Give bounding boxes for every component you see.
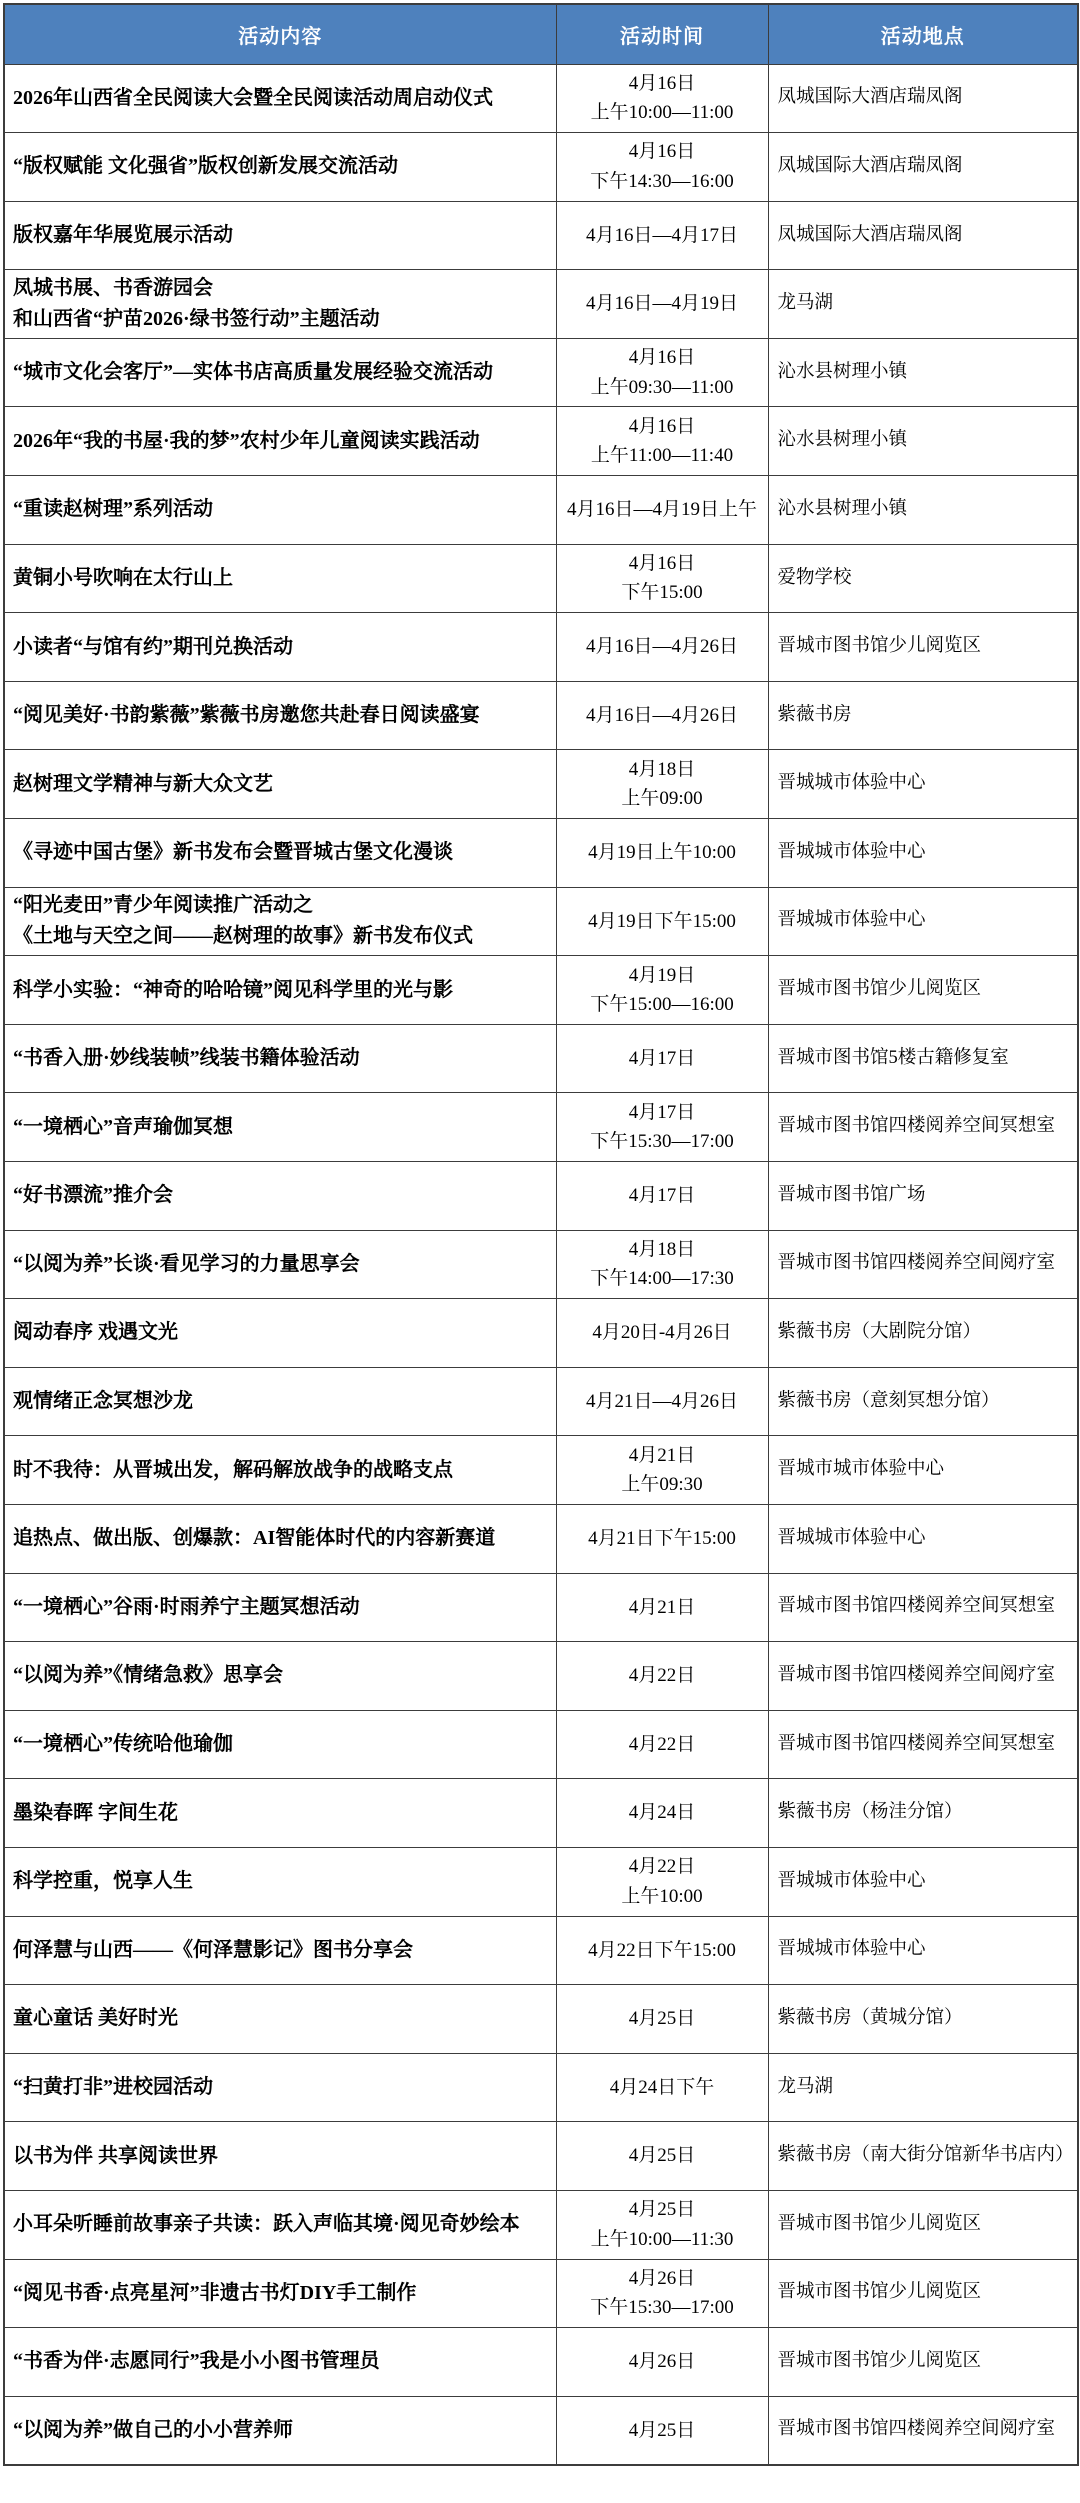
event-content-cell: “以阅为养”长谈·看见学习的力量思享会 xyxy=(4,1230,556,1299)
event-location-cell: 紫薇书房（杨洼分馆） xyxy=(768,1779,1078,1848)
event-time-cell: 4月25日 上午10:00—11:30 xyxy=(556,2190,768,2259)
event-time-cell: 4月16日—4月26日 xyxy=(556,613,768,682)
event-content-cell: 追热点、做出版、创爆款：AI智能体时代的内容新赛道 xyxy=(4,1504,556,1573)
header-row: 活动内容 活动时间 活动地点 xyxy=(4,4,1078,64)
event-content-cell: “以阅为养”《情绪急救》思享会 xyxy=(4,1642,556,1711)
event-location-cell: 凤城国际大酒店瑞凤阁 xyxy=(768,133,1078,202)
event-location-cell: 晋城市图书馆广场 xyxy=(768,1162,1078,1231)
event-time-cell: 4月18日 下午14:00—17:30 xyxy=(556,1230,768,1299)
event-location-cell: 晋城市图书馆少儿阅览区 xyxy=(768,956,1078,1025)
table-row: “书香入册·妙线装帧”线装书籍体验活动4月17日晋城市图书馆5楼古籍修复室 xyxy=(4,1024,1078,1093)
event-time-cell: 4月16日 下午14:30—16:00 xyxy=(556,133,768,202)
table-row: 2026年山西省全民阅读大会暨全民阅读活动周启动仪式4月16日 上午10:00—… xyxy=(4,64,1078,133)
event-location-cell: 晋城市图书馆少儿阅览区 xyxy=(768,613,1078,682)
table-row: “书香为伴·志愿同行”我是小小图书管理员4月26日晋城市图书馆少儿阅览区 xyxy=(4,2328,1078,2397)
table-row: “阅见美好·书韵紫薇”紫薇书房邀您共赴春日阅读盛宴4月16日—4月26日紫薇书房 xyxy=(4,681,1078,750)
event-time-cell: 4月16日—4月19日上午 xyxy=(556,476,768,545)
event-time-cell: 4月21日—4月26日 xyxy=(556,1367,768,1436)
event-location-cell: 紫薇书房（大剧院分馆） xyxy=(768,1299,1078,1368)
event-content-cell: 童心童话 美好时光 xyxy=(4,1985,556,2054)
event-content-cell: “阅见美好·书韵紫薇”紫薇书房邀您共赴春日阅读盛宴 xyxy=(4,681,556,750)
table-row: “扫黄打非”进校园活动4月24日下午龙马湖 xyxy=(4,2053,1078,2122)
event-time-cell: 4月25日 xyxy=(556,1985,768,2054)
event-content-cell: 以书为伴 共享阅读世界 xyxy=(4,2122,556,2191)
event-location-cell: 凤城国际大酒店瑞凤阁 xyxy=(768,64,1078,133)
event-location-cell: 晋城市城市体验中心 xyxy=(768,1436,1078,1505)
event-content-cell: 何泽慧与山西——《何泽慧影记》图书分享会 xyxy=(4,1916,556,1985)
event-location-cell: 晋城市图书馆少儿阅览区 xyxy=(768,2259,1078,2328)
table-row: 小读者“与馆有约”期刊兑换活动4月16日—4月26日晋城市图书馆少儿阅览区 xyxy=(4,613,1078,682)
event-content-cell: “以阅为养”做自己的小小营养师 xyxy=(4,2396,556,2465)
table-row: 科学控重，悦享人生4月22日 上午10:00晋城城市体验中心 xyxy=(4,1847,1078,1916)
event-time-cell: 4月22日下午15:00 xyxy=(556,1916,768,1985)
table-row: 《寻迹中国古堡》新书发布会暨晋城古堡文化漫谈4月19日上午10:00晋城城市体验… xyxy=(4,819,1078,888)
event-location-cell: 紫薇书房 xyxy=(768,681,1078,750)
event-location-cell: 沁水县树理小镇 xyxy=(768,476,1078,545)
table-row: 凤城书展、书香游园会 和山西省“护苗2026·绿书签行动”主题活动4月16日—4… xyxy=(4,270,1078,339)
event-time-cell: 4月24日 xyxy=(556,1779,768,1848)
table-row: “版权赋能 文化强省”版权创新发展交流活动4月16日 下午14:30—16:00… xyxy=(4,133,1078,202)
table-row: 时不我待：从晋城出发，解码解放战争的战略支点4月21日 上午09:30晋城市城市… xyxy=(4,1436,1078,1505)
event-location-cell: 晋城市图书馆少儿阅览区 xyxy=(768,2190,1078,2259)
event-content-cell: 2026年山西省全民阅读大会暨全民阅读活动周启动仪式 xyxy=(4,64,556,133)
table-row: 小耳朵听睡前故事亲子共读：跃入声临其境·阅见奇妙绘本4月25日 上午10:00—… xyxy=(4,2190,1078,2259)
table-row: 追热点、做出版、创爆款：AI智能体时代的内容新赛道4月21日下午15:00晋城城… xyxy=(4,1504,1078,1573)
event-time-cell: 4月16日 下午15:00 xyxy=(556,544,768,613)
event-time-cell: 4月16日—4月19日 xyxy=(556,270,768,339)
column-header-activity-location: 活动地点 xyxy=(768,4,1078,64)
event-content-cell: 科学控重，悦享人生 xyxy=(4,1847,556,1916)
table-row: 阅动春序 戏遇文光4月20日-4月26日紫薇书房（大剧院分馆） xyxy=(4,1299,1078,1368)
event-time-cell: 4月21日 上午09:30 xyxy=(556,1436,768,1505)
event-location-cell: 龙马湖 xyxy=(768,270,1078,339)
event-time-cell: 4月26日 下午15:30—17:00 xyxy=(556,2259,768,2328)
event-time-cell: 4月17日 xyxy=(556,1024,768,1093)
table-row: “一境栖心”音声瑜伽冥想4月17日 下午15:30—17:00晋城市图书馆四楼阅… xyxy=(4,1093,1078,1162)
table-row: 科学小实验：“神奇的哈哈镜”阅见科学里的光与影4月19日 下午15:00—16:… xyxy=(4,956,1078,1025)
table-row: “一境栖心”谷雨·时雨养宁主题冥想活动4月21日晋城市图书馆四楼阅养空间冥想室 xyxy=(4,1573,1078,1642)
event-location-cell: 晋城城市体验中心 xyxy=(768,1916,1078,1985)
event-time-cell: 4月21日 xyxy=(556,1573,768,1642)
event-location-cell: 晋城市图书馆少儿阅览区 xyxy=(768,2328,1078,2397)
event-location-cell: 晋城城市体验中心 xyxy=(768,819,1078,888)
table-row: 墨染春晖 字间生花4月24日紫薇书房（杨洼分馆） xyxy=(4,1779,1078,1848)
event-location-cell: 沁水县树理小镇 xyxy=(768,407,1078,476)
event-time-cell: 4月25日 xyxy=(556,2122,768,2191)
table-row: “以阅为养”长谈·看见学习的力量思享会4月18日 下午14:00—17:30晋城… xyxy=(4,1230,1078,1299)
event-content-cell: “一境栖心”传统哈他瑜伽 xyxy=(4,1710,556,1779)
event-content-cell: 凤城书展、书香游园会 和山西省“护苗2026·绿书签行动”主题活动 xyxy=(4,270,556,339)
event-content-cell: “一境栖心”谷雨·时雨养宁主题冥想活动 xyxy=(4,1573,556,1642)
event-time-cell: 4月22日 xyxy=(556,1710,768,1779)
event-location-cell: 晋城市图书馆四楼阅养空间冥想室 xyxy=(768,1573,1078,1642)
table-row: “阅见书香·点亮星河”非遗古书灯DIY手工制作4月26日 下午15:30—17:… xyxy=(4,2259,1078,2328)
table-row: “城市文化会客厅”—实体书店高质量发展经验交流活动4月16日 上午09:30—1… xyxy=(4,338,1078,407)
event-time-cell: 4月20日-4月26日 xyxy=(556,1299,768,1368)
event-content-cell: 墨染春晖 字间生花 xyxy=(4,1779,556,1848)
table-row: 何泽慧与山西——《何泽慧影记》图书分享会4月22日下午15:00晋城城市体验中心 xyxy=(4,1916,1078,1985)
event-content-cell: “扫黄打非”进校园活动 xyxy=(4,2053,556,2122)
events-schedule-table: 活动内容 活动时间 活动地点 2026年山西省全民阅读大会暨全民阅读活动周启动仪… xyxy=(3,3,1079,2466)
event-content-cell: “书香为伴·志愿同行”我是小小图书管理员 xyxy=(4,2328,556,2397)
event-time-cell: 4月16日—4月17日 xyxy=(556,201,768,270)
event-time-cell: 4月22日 上午10:00 xyxy=(556,1847,768,1916)
event-content-cell: 2026年“我的书屋·我的梦”农村少年儿童阅读实践活动 xyxy=(4,407,556,476)
event-time-cell: 4月19日上午10:00 xyxy=(556,819,768,888)
table-header: 活动内容 活动时间 活动地点 xyxy=(4,4,1078,64)
event-time-cell: 4月18日 上午09:00 xyxy=(556,750,768,819)
table-row: 观情绪正念冥想沙龙4月21日—4月26日紫薇书房（意刻冥想分馆） xyxy=(4,1367,1078,1436)
event-time-cell: 4月16日—4月26日 xyxy=(556,681,768,750)
event-location-cell: 晋城城市体验中心 xyxy=(768,1504,1078,1573)
event-location-cell: 晋城城市体验中心 xyxy=(768,750,1078,819)
table-body: 2026年山西省全民阅读大会暨全民阅读活动周启动仪式4月16日 上午10:00—… xyxy=(4,64,1078,2465)
event-time-cell: 4月25日 xyxy=(556,2396,768,2465)
event-content-cell: 阅动春序 戏遇文光 xyxy=(4,1299,556,1368)
event-location-cell: 晋城市图书馆5楼古籍修复室 xyxy=(768,1024,1078,1093)
event-time-cell: 4月26日 xyxy=(556,2328,768,2397)
event-location-cell: 晋城城市体验中心 xyxy=(768,1847,1078,1916)
event-time-cell: 4月16日 上午11:00—11:40 xyxy=(556,407,768,476)
event-time-cell: 4月16日 上午09:30—11:00 xyxy=(556,338,768,407)
table-row: “以阅为养”做自己的小小营养师4月25日晋城市图书馆四楼阅养空间阅疗室 xyxy=(4,2396,1078,2465)
table-row: “阳光麦田”青少年阅读推广活动之 《土地与天空之间——赵树理的故事》新书发布仪式… xyxy=(4,887,1078,956)
table-row: 以书为伴 共享阅读世界4月25日紫薇书房（南大街分馆新华书店内） xyxy=(4,2122,1078,2191)
event-content-cell: “阅见书香·点亮星河”非遗古书灯DIY手工制作 xyxy=(4,2259,556,2328)
event-location-cell: 凤城国际大酒店瑞凤阁 xyxy=(768,201,1078,270)
event-content-cell: 版权嘉年华展览展示活动 xyxy=(4,201,556,270)
event-location-cell: 晋城市图书馆四楼阅养空间阅疗室 xyxy=(768,2396,1078,2465)
event-content-cell: 时不我待：从晋城出发，解码解放战争的战略支点 xyxy=(4,1436,556,1505)
table-row: “重读赵树理”系列活动4月16日—4月19日上午沁水县树理小镇 xyxy=(4,476,1078,545)
table-row: 童心童话 美好时光4月25日紫薇书房（黄城分馆） xyxy=(4,1985,1078,2054)
event-location-cell: 紫薇书房（南大街分馆新华书店内） xyxy=(768,2122,1078,2191)
event-location-cell: 晋城市图书馆四楼阅养空间阅疗室 xyxy=(768,1230,1078,1299)
table-row: “以阅为养”《情绪急救》思享会4月22日晋城市图书馆四楼阅养空间阅疗室 xyxy=(4,1642,1078,1711)
event-location-cell: 晋城城市体验中心 xyxy=(768,887,1078,956)
event-time-cell: 4月19日下午15:00 xyxy=(556,887,768,956)
event-content-cell: 黄铜小号吹响在太行山上 xyxy=(4,544,556,613)
event-location-cell: 爱物学校 xyxy=(768,544,1078,613)
event-content-cell: “一境栖心”音声瑜伽冥想 xyxy=(4,1093,556,1162)
event-location-cell: 龙马湖 xyxy=(768,2053,1078,2122)
event-location-cell: 紫薇书房（黄城分馆） xyxy=(768,1985,1078,2054)
event-time-cell: 4月19日 下午15:00—16:00 xyxy=(556,956,768,1025)
table-row: 2026年“我的书屋·我的梦”农村少年儿童阅读实践活动4月16日 上午11:00… xyxy=(4,407,1078,476)
event-location-cell: 紫薇书房（意刻冥想分馆） xyxy=(768,1367,1078,1436)
table-row: “好书漂流”推介会4月17日晋城市图书馆广场 xyxy=(4,1162,1078,1231)
event-content-cell: “书香入册·妙线装帧”线装书籍体验活动 xyxy=(4,1024,556,1093)
event-content-cell: 观情绪正念冥想沙龙 xyxy=(4,1367,556,1436)
column-header-activity-time: 活动时间 xyxy=(556,4,768,64)
event-content-cell: “重读赵树理”系列活动 xyxy=(4,476,556,545)
event-time-cell: 4月17日 xyxy=(556,1162,768,1231)
event-location-cell: 晋城市图书馆四楼阅养空间冥想室 xyxy=(768,1093,1078,1162)
event-content-cell: 《寻迹中国古堡》新书发布会暨晋城古堡文化漫谈 xyxy=(4,819,556,888)
event-location-cell: 晋城市图书馆四楼阅养空间冥想室 xyxy=(768,1710,1078,1779)
event-content-cell: “城市文化会客厅”—实体书店高质量发展经验交流活动 xyxy=(4,338,556,407)
page: 活动内容 活动时间 活动地点 2026年山西省全民阅读大会暨全民阅读活动周启动仪… xyxy=(0,0,1080,2469)
event-content-cell: 科学小实验：“神奇的哈哈镜”阅见科学里的光与影 xyxy=(4,956,556,1025)
column-header-activity-content: 活动内容 xyxy=(4,4,556,64)
event-content-cell: 小耳朵听睡前故事亲子共读：跃入声临其境·阅见奇妙绘本 xyxy=(4,2190,556,2259)
table-row: 黄铜小号吹响在太行山上4月16日 下午15:00爱物学校 xyxy=(4,544,1078,613)
event-time-cell: 4月24日下午 xyxy=(556,2053,768,2122)
event-content-cell: “版权赋能 文化强省”版权创新发展交流活动 xyxy=(4,133,556,202)
event-time-cell: 4月17日 下午15:30—17:00 xyxy=(556,1093,768,1162)
table-row: 版权嘉年华展览展示活动4月16日—4月17日凤城国际大酒店瑞凤阁 xyxy=(4,201,1078,270)
event-location-cell: 晋城市图书馆四楼阅养空间阅疗室 xyxy=(768,1642,1078,1711)
event-time-cell: 4月22日 xyxy=(556,1642,768,1711)
event-content-cell: 小读者“与馆有约”期刊兑换活动 xyxy=(4,613,556,682)
event-content-cell: “好书漂流”推介会 xyxy=(4,1162,556,1231)
table-row: 赵树理文学精神与新大众文艺4月18日 上午09:00晋城城市体验中心 xyxy=(4,750,1078,819)
event-location-cell: 沁水县树理小镇 xyxy=(768,338,1078,407)
event-content-cell: “阳光麦田”青少年阅读推广活动之 《土地与天空之间——赵树理的故事》新书发布仪式 xyxy=(4,887,556,956)
table-row: “一境栖心”传统哈他瑜伽4月22日晋城市图书馆四楼阅养空间冥想室 xyxy=(4,1710,1078,1779)
event-time-cell: 4月21日下午15:00 xyxy=(556,1504,768,1573)
event-time-cell: 4月16日 上午10:00—11:00 xyxy=(556,64,768,133)
event-content-cell: 赵树理文学精神与新大众文艺 xyxy=(4,750,556,819)
